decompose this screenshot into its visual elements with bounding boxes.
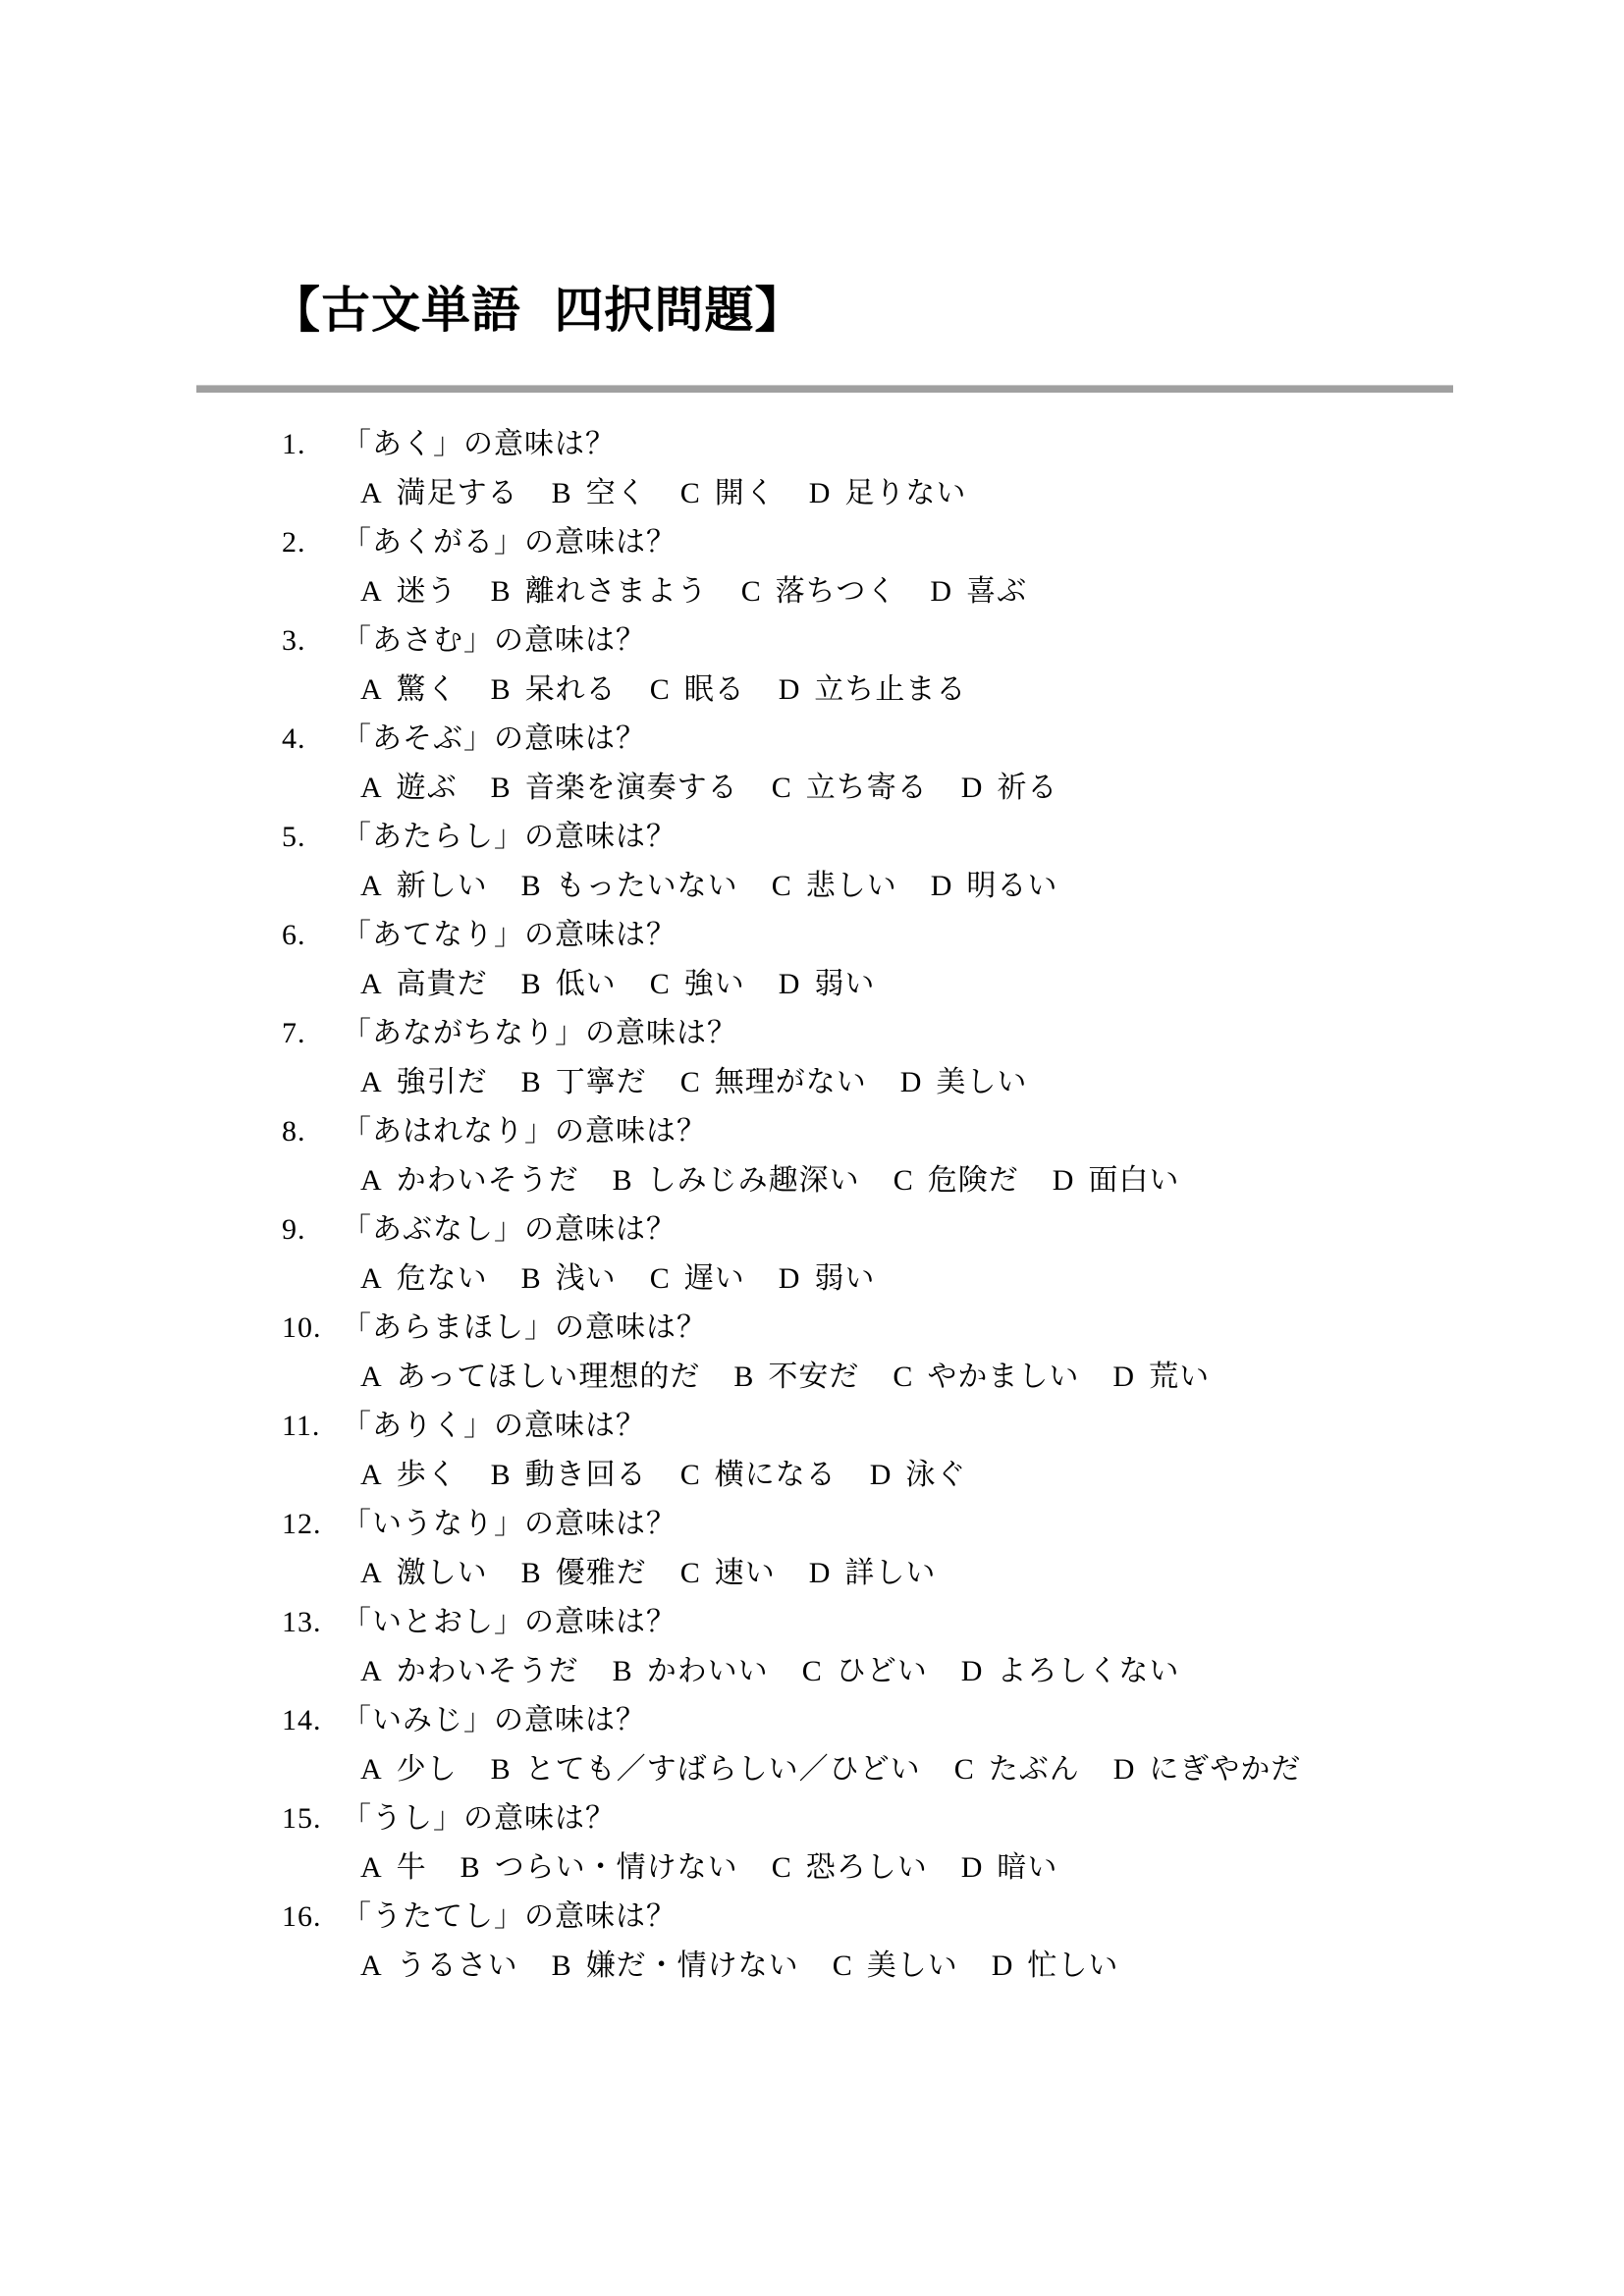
answer-option: B空く (552, 469, 647, 518)
option-letter: C (680, 1549, 701, 1598)
answer-option: Bつらい・情けない (460, 1843, 738, 1893)
answer-option: Aかわいそうだ (360, 1647, 579, 1696)
option-letter: C (772, 1843, 792, 1893)
option-text: 呆れる (525, 666, 617, 715)
option-letter: A (360, 1058, 383, 1107)
answer-option: A危ない (360, 1255, 488, 1304)
option-text: 少し (397, 1745, 458, 1794)
option-text: 牛 (397, 1843, 427, 1893)
option-letter: B (491, 1451, 512, 1500)
option-text: 危ない (397, 1255, 488, 1304)
question-item: 11. 「ありく」の意味は？ A歩くB動き回るC横になるD泳ぐ (0, 1402, 1624, 1500)
answer-option: B動き回る (491, 1451, 647, 1500)
option-text: 高貴だ (397, 960, 488, 1009)
question-options: A驚くB呆れるC眠るD立ち止まる (360, 666, 1624, 715)
option-text: 音楽を演奏する (525, 764, 738, 813)
option-text: 祈る (997, 764, 1057, 813)
answer-option: D祈る (961, 764, 1058, 813)
question-item: 8. 「あはれなり」の意味は？ AかわいそうだBしみじみ趣深いC危険だD面白い (0, 1107, 1624, 1205)
question-line: 2. 「あくがる」の意味は？ (0, 518, 1624, 567)
option-text: 開く (715, 469, 776, 518)
question-item: 3. 「あさむ」の意味は？ A驚くB呆れるC眠るD立ち止まる (0, 616, 1624, 715)
answer-option: C開く (680, 469, 776, 518)
question-number: 1. (282, 420, 342, 469)
question-item: 6. 「あてなり」の意味は？ A高貴だB低いC強いD弱い (0, 911, 1624, 1009)
question-number: 11. (282, 1402, 342, 1451)
question-line: 15. 「うし」の意味は？ (0, 1794, 1624, 1843)
option-text: にぎやかだ (1149, 1745, 1301, 1794)
option-letter: B (521, 1255, 542, 1304)
question-line: 3. 「あさむ」の意味は？ (0, 616, 1624, 666)
question-line: 8. 「あはれなり」の意味は？ (0, 1107, 1624, 1156)
answer-option: B優雅だ (521, 1549, 647, 1598)
option-text: 浅い (556, 1255, 617, 1304)
option-text: 泳ぐ (905, 1451, 966, 1500)
option-letter: D (1053, 1156, 1075, 1205)
question-prompt: 「あはれなり」の意味は？ (342, 1107, 707, 1156)
option-letter: B (521, 862, 542, 911)
option-letter: A (360, 1353, 383, 1402)
question-item: 9. 「あぶなし」の意味は？ A危ないB浅いC遅いD弱い (0, 1205, 1624, 1304)
answer-option: A新しい (360, 862, 488, 911)
question-options: A危ないB浅いC遅いD弱い (360, 1255, 1624, 1304)
answer-option: C眠る (650, 666, 745, 715)
question-options: A激しいB優雅だC速いD詳しい (360, 1549, 1624, 1598)
question-prompt: 「いうなり」の意味は？ (342, 1500, 677, 1549)
question-item: 5. 「あたらし」の意味は？ A新しいBもったいないC悲しいD明るい (0, 813, 1624, 911)
option-letter: A (360, 666, 383, 715)
answer-option: C悲しい (772, 862, 897, 911)
answer-option: A牛 (360, 1843, 427, 1893)
answer-option: C恐ろしい (772, 1843, 928, 1893)
option-text: 強引だ (397, 1058, 488, 1107)
option-letter: A (360, 764, 383, 813)
question-prompt: 「いみじ」の意味は？ (342, 1696, 646, 1745)
question-line: 7. 「あながちなり」の意味は？ (0, 1009, 1624, 1058)
option-text: 優雅だ (556, 1549, 647, 1598)
option-letter: C (680, 1451, 701, 1500)
option-letter: D (961, 1647, 984, 1696)
question-line: 6. 「あてなり」の意味は？ (0, 911, 1624, 960)
question-number: 5. (282, 813, 342, 862)
option-text: 激しい (397, 1549, 488, 1598)
option-text: 動き回る (525, 1451, 647, 1500)
option-letter: D (961, 764, 984, 813)
option-letter: A (360, 1843, 383, 1893)
answer-option: Cたぶん (954, 1745, 1080, 1794)
question-line: 5. 「あたらし」の意味は？ (0, 813, 1624, 862)
answer-option: D暗い (961, 1843, 1058, 1893)
option-text: 速い (715, 1549, 776, 1598)
question-item: 14. 「いみじ」の意味は？ A少しBとても／すばらしい／ひどいCたぶんDにぎや… (0, 1696, 1624, 1794)
option-letter: B (552, 469, 572, 518)
answer-option: A遊ぶ (360, 764, 458, 813)
option-letter: B (521, 960, 542, 1009)
question-options: A牛Bつらい・情けないC恐ろしいD暗い (360, 1843, 1624, 1893)
option-letter: C (650, 1255, 671, 1304)
option-text: 離れさまよう (525, 567, 708, 616)
option-text: 悲しい (806, 862, 897, 911)
option-letter: A (360, 1255, 383, 1304)
page-title: 【古文単語 四択問題】 (271, 283, 805, 340)
option-text: ひどい (837, 1647, 928, 1696)
option-text: 驚く (397, 666, 458, 715)
question-options: A迷うB離れさまようC落ちつくD喜ぶ (360, 567, 1624, 616)
option-text: つらい・情けない (495, 1843, 738, 1893)
question-item: 7. 「あながちなり」の意味は？ A強引だB丁寧だC無理がないD美しい (0, 1009, 1624, 1107)
option-text: 弱い (814, 960, 875, 1009)
option-letter: D (779, 666, 801, 715)
question-number: 14. (282, 1696, 342, 1745)
option-text: よろしくない (997, 1647, 1179, 1696)
option-letter: D (1112, 1353, 1135, 1402)
option-letter: D (809, 1549, 832, 1598)
answer-option: C強い (650, 960, 745, 1009)
answer-option: A少し (360, 1745, 458, 1794)
question-prompt: 「いとおし」の意味は？ (342, 1598, 677, 1647)
option-text: 危険だ (928, 1156, 1019, 1205)
option-letter: B (491, 666, 512, 715)
option-text: 荒い (1149, 1353, 1210, 1402)
answer-option: C遅い (650, 1255, 745, 1304)
answer-option: C危険だ (893, 1156, 1019, 1205)
answer-option: B丁寧だ (521, 1058, 647, 1107)
question-number: 8. (282, 1107, 342, 1156)
option-letter: D (961, 1843, 984, 1893)
option-text: 新しい (397, 862, 488, 911)
option-letter: B (521, 1058, 542, 1107)
answer-option: B浅い (521, 1255, 617, 1304)
answer-option: B離れさまよう (491, 567, 708, 616)
question-item: 16. 「うたてし」の意味は？ AうるさいB嫌だ・情けないC美しいD忙しい (0, 1893, 1624, 1991)
option-letter: B (733, 1353, 754, 1402)
question-number: 6. (282, 911, 342, 960)
option-letter: C (650, 960, 671, 1009)
option-letter: D (930, 567, 952, 616)
option-letter: A (360, 469, 383, 518)
question-list: 1. 「あく」の意味は？ A満足するB空くC開くD足りない 2. 「あくがる」の… (0, 420, 1624, 1991)
question-item: 2. 「あくがる」の意味は？ A迷うB離れさまようC落ちつくD喜ぶ (0, 518, 1624, 616)
question-number: 3. (282, 616, 342, 666)
answer-option: D弱い (779, 960, 876, 1009)
option-letter: C (680, 469, 701, 518)
question-prompt: 「あたらし」の意味は？ (342, 813, 677, 862)
answer-option: Aうるさい (360, 1942, 518, 1991)
question-options: A新しいBもったいないC悲しいD明るい (360, 862, 1624, 911)
option-text: 嫌だ・情けない (586, 1942, 799, 1991)
answer-option: Aかわいそうだ (360, 1156, 579, 1205)
option-text: 暗い (997, 1843, 1057, 1893)
question-number: 16. (282, 1893, 342, 1942)
question-prompt: 「あながちなり」の意味は？ (342, 1009, 737, 1058)
question-options: AかわいそうだBしみじみ趣深いC危険だD面白い (360, 1156, 1624, 1205)
option-text: 遊ぶ (397, 764, 458, 813)
option-letter: D (992, 1942, 1014, 1991)
option-letter: C (772, 764, 792, 813)
answer-option: Bかわいい (613, 1647, 769, 1696)
question-options: AうるさいB嫌だ・情けないC美しいD忙しい (360, 1942, 1624, 1991)
answer-option: B音楽を演奏する (491, 764, 738, 813)
option-letter: B (491, 764, 512, 813)
question-options: AかわいそうだBかわいいCひどいDよろしくない (360, 1647, 1624, 1696)
option-letter: C (772, 862, 792, 911)
option-text: 強い (684, 960, 745, 1009)
answer-option: C速い (680, 1549, 776, 1598)
answer-option: D喜ぶ (930, 567, 1027, 616)
option-text: 面白い (1088, 1156, 1179, 1205)
option-letter: D (809, 469, 832, 518)
question-prompt: 「あさむ」の意味は？ (342, 616, 646, 666)
option-letter: D (931, 862, 953, 911)
answer-option: C落ちつく (741, 567, 897, 616)
option-text: 満足する (397, 469, 518, 518)
option-text: もったいない (556, 862, 738, 911)
option-text: かわいそうだ (397, 1647, 579, 1696)
option-text: 立ち寄る (806, 764, 928, 813)
option-text: 不安だ (768, 1353, 859, 1402)
option-text: 忙しい (1027, 1942, 1118, 1991)
answer-option: D荒い (1112, 1353, 1210, 1402)
answer-option: A満足する (360, 469, 518, 518)
answer-option: D美しい (900, 1058, 1028, 1107)
option-text: 明るい (966, 862, 1057, 911)
option-letter: A (360, 1451, 383, 1500)
document-page: 【古文単語 四択問題】 1. 「あく」の意味は？ A満足するB空くC開くD足りな… (0, 0, 1624, 2296)
option-letter: D (870, 1451, 893, 1500)
answer-option: Bしみじみ趣深い (613, 1156, 860, 1205)
option-letter: C (893, 1353, 913, 1402)
option-letter: B (491, 1745, 512, 1794)
question-item: 10. 「あらまほし」の意味は？ Aあってほしい理想的だB不安だCやかましいD荒… (0, 1304, 1624, 1402)
option-text: かわいい (647, 1647, 769, 1696)
question-prompt: 「あく」の意味は？ (342, 420, 616, 469)
question-prompt: 「ありく」の意味は？ (342, 1402, 646, 1451)
question-line: 1. 「あく」の意味は？ (0, 420, 1624, 469)
question-prompt: 「あそぶ」の意味は？ (342, 715, 646, 764)
question-options: A強引だB丁寧だC無理がないD美しい (360, 1058, 1624, 1107)
question-line: 9. 「あぶなし」の意味は？ (0, 1205, 1624, 1255)
answer-option: Dよろしくない (961, 1647, 1180, 1696)
question-prompt: 「あくがる」の意味は？ (342, 518, 677, 567)
question-line: 16. 「うたてし」の意味は？ (0, 1893, 1624, 1942)
question-item: 13. 「いとおし」の意味は？ AかわいそうだBかわいいCひどいDよろしくない (0, 1598, 1624, 1696)
option-letter: A (360, 960, 383, 1009)
option-text: 喜ぶ (966, 567, 1027, 616)
question-prompt: 「あらまほし」の意味は？ (342, 1304, 707, 1353)
option-text: うるさい (397, 1942, 518, 1991)
question-number: 9. (282, 1205, 342, 1255)
question-number: 7. (282, 1009, 342, 1058)
option-letter: A (360, 862, 383, 911)
answer-option: Cやかましい (893, 1353, 1079, 1402)
answer-option: D立ち止まる (779, 666, 967, 715)
question-options: A満足するB空くC開くD足りない (360, 469, 1624, 518)
answer-option: C横になる (680, 1451, 837, 1500)
option-text: 美しい (867, 1942, 958, 1991)
question-options: A歩くB動き回るC横になるD泳ぐ (360, 1451, 1624, 1500)
option-text: たぶん (989, 1745, 1080, 1794)
option-letter: C (741, 567, 762, 616)
question-prompt: 「うたてし」の意味は？ (342, 1893, 677, 1942)
title-divider (196, 385, 1453, 393)
option-text: とても／すばらしい／ひどい (525, 1745, 921, 1794)
option-text: 美しい (936, 1058, 1027, 1107)
option-letter: B (613, 1156, 633, 1205)
answer-option: D泳ぐ (870, 1451, 967, 1500)
option-letter: A (360, 567, 383, 616)
option-text: 足りない (844, 469, 966, 518)
answer-option: Cひどい (802, 1647, 928, 1696)
question-options: A少しBとても／すばらしい／ひどいCたぶんDにぎやかだ (360, 1745, 1624, 1794)
answer-option: D詳しい (809, 1549, 937, 1598)
answer-option: B嫌だ・情けない (552, 1942, 799, 1991)
answer-option: Bとても／すばらしい／ひどい (491, 1745, 921, 1794)
question-options: A遊ぶB音楽を演奏するC立ち寄るD祈る (360, 764, 1624, 813)
question-prompt: 「うし」の意味は？ (342, 1794, 616, 1843)
question-prompt: 「あてなり」の意味は？ (342, 911, 677, 960)
option-letter: B (613, 1647, 633, 1696)
option-text: 恐ろしい (806, 1843, 928, 1893)
question-item: 1. 「あく」の意味は？ A満足するB空くC開くD足りない (0, 420, 1624, 518)
question-number: 4. (282, 715, 342, 764)
option-letter: A (360, 1745, 383, 1794)
answer-option: D明るい (931, 862, 1058, 911)
option-letter: C (893, 1156, 914, 1205)
question-options: A高貴だB低いC強いD弱い (360, 960, 1624, 1009)
question-line: 11. 「ありく」の意味は？ (0, 1402, 1624, 1451)
answer-option: A迷う (360, 567, 458, 616)
answer-option: B呆れる (491, 666, 617, 715)
question-number: 2. (282, 518, 342, 567)
option-text: 無理がない (715, 1058, 867, 1107)
answer-option: B低い (521, 960, 617, 1009)
option-letter: B (552, 1942, 572, 1991)
option-text: 詳しい (844, 1549, 936, 1598)
option-text: 眠る (684, 666, 745, 715)
option-letter: A (360, 1942, 383, 1991)
option-letter: B (491, 567, 512, 616)
question-line: 14. 「いみじ」の意味は？ (0, 1696, 1624, 1745)
answer-option: Dにぎやかだ (1113, 1745, 1302, 1794)
answer-option: C美しい (833, 1942, 958, 1991)
option-text: かわいそうだ (397, 1156, 579, 1205)
answer-option: A驚く (360, 666, 458, 715)
option-letter: A (360, 1549, 383, 1598)
question-number: 15. (282, 1794, 342, 1843)
option-letter: C (833, 1942, 853, 1991)
question-number: 12. (282, 1500, 342, 1549)
option-letter: C (650, 666, 671, 715)
option-text: しみじみ趣深い (647, 1156, 860, 1205)
option-letter: D (779, 960, 801, 1009)
answer-option: A強引だ (360, 1058, 488, 1107)
option-letter: B (521, 1549, 542, 1598)
question-line: 10. 「あらまほし」の意味は？ (0, 1304, 1624, 1353)
option-letter: A (360, 1647, 383, 1696)
option-letter: C (680, 1058, 701, 1107)
option-letter: D (779, 1255, 801, 1304)
option-letter: C (954, 1745, 975, 1794)
option-letter: D (1113, 1745, 1136, 1794)
option-text: 丁寧だ (556, 1058, 647, 1107)
option-text: 遅い (684, 1255, 745, 1304)
answer-option: Aあってほしい理想的だ (360, 1353, 700, 1402)
question-prompt: 「あぶなし」の意味は？ (342, 1205, 677, 1255)
question-item: 4. 「あそぶ」の意味は？ A遊ぶB音楽を演奏するC立ち寄るD祈る (0, 715, 1624, 813)
option-letter: D (900, 1058, 923, 1107)
answer-option: D弱い (779, 1255, 876, 1304)
option-letter: B (460, 1843, 481, 1893)
answer-option: D忙しい (992, 1942, 1119, 1991)
question-line: 4. 「あそぶ」の意味は？ (0, 715, 1624, 764)
option-text: 落ちつく (776, 567, 897, 616)
answer-option: D面白い (1053, 1156, 1180, 1205)
question-number: 13. (282, 1598, 342, 1647)
answer-option: A歩く (360, 1451, 458, 1500)
question-options: Aあってほしい理想的だB不安だCやかましいD荒い (360, 1353, 1624, 1402)
answer-option: A激しい (360, 1549, 488, 1598)
option-text: やかましい (927, 1353, 1079, 1402)
question-item: 15. 「うし」の意味は？ A牛Bつらい・情けないC恐ろしいD暗い (0, 1794, 1624, 1893)
option-letter: A (360, 1156, 383, 1205)
option-text: 低い (556, 960, 617, 1009)
answer-option: D足りない (809, 469, 967, 518)
answer-option: A高貴だ (360, 960, 488, 1009)
question-line: 12. 「いうなり」の意味は？ (0, 1500, 1624, 1549)
answer-option: C無理がない (680, 1058, 867, 1107)
question-number: 10. (282, 1304, 342, 1353)
answer-option: B不安だ (733, 1353, 859, 1402)
option-letter: C (802, 1647, 823, 1696)
option-text: 立ち止まる (814, 666, 966, 715)
option-text: 弱い (814, 1255, 875, 1304)
option-text: 迷う (397, 567, 458, 616)
answer-option: C立ち寄る (772, 764, 928, 813)
option-text: 歩く (397, 1451, 458, 1500)
option-text: あってほしい理想的だ (397, 1353, 701, 1402)
answer-option: Bもったいない (521, 862, 738, 911)
option-text: 横になる (715, 1451, 837, 1500)
question-item: 12. 「いうなり」の意味は？ A激しいB優雅だC速いD詳しい (0, 1500, 1624, 1598)
option-text: 空く (586, 469, 647, 518)
question-line: 13. 「いとおし」の意味は？ (0, 1598, 1624, 1647)
